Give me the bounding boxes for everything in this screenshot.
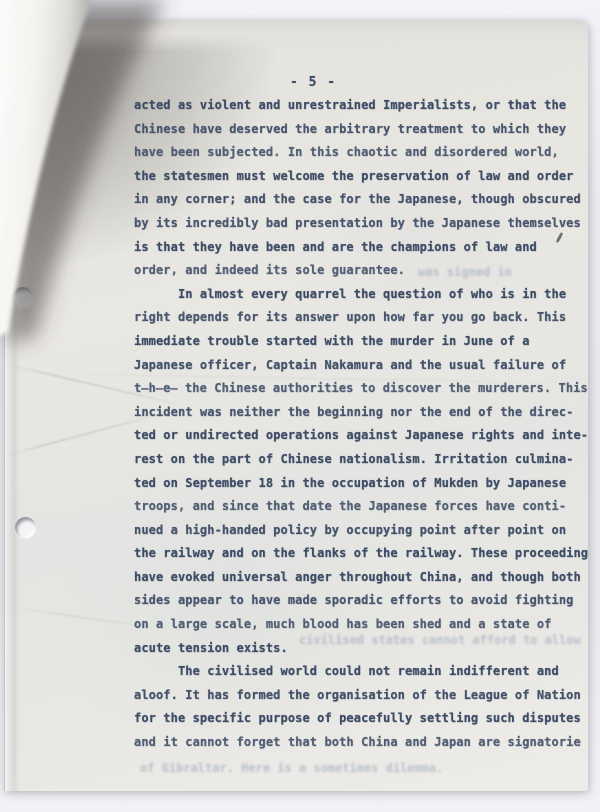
typed-line: is that they have been and are the champ…: [134, 236, 596, 260]
typed-line: in any corner; and the case for the Japa…: [134, 188, 596, 212]
typed-line: have evoked universal anger throughout C…: [134, 566, 596, 590]
typed-line: have been subjected. In this chaotic and…: [134, 141, 596, 165]
typed-line: by its incredibly bad presentation by th…: [134, 212, 596, 236]
typed-line: incident was neither the beginning nor t…: [134, 401, 596, 425]
punch-hole-top: [12, 287, 33, 308]
typed-text-block: acted as violent and unrestrained Imperi…: [134, 94, 596, 755]
typed-line: acted as violent and unrestrained Imperi…: [134, 94, 596, 118]
typed-line: The civilised world could not remain ind…: [134, 660, 596, 684]
typed-line: Japanese officer, Captain Nakamura and t…: [134, 354, 596, 378]
typed-line: t̶h̶e̶ the Chinese authorities to discov…: [134, 377, 596, 401]
paper-crease: [22, 608, 151, 628]
bleed-through-text: civilised states cannot afford to allow: [299, 629, 581, 653]
typed-line: ted on September 18 in the occupation of…: [134, 472, 596, 496]
typed-line: the statesmen must welcome the preservat…: [134, 165, 596, 189]
typed-line: right depends for its answer upon how fa…: [134, 306, 596, 330]
typed-line: ted or undirected operations against Jap…: [134, 424, 596, 448]
typed-line: for the specific purpose of peacefully s…: [134, 707, 596, 731]
paper-left-fold: [4, 20, 20, 791]
typed-line: Chinese have deserved the arbitrary trea…: [134, 118, 596, 142]
typed-line: nued a high-handed policy by occupying p…: [134, 519, 596, 543]
typed-line: sides appear to have made sporadic effor…: [134, 589, 596, 613]
typed-line: order, and indeed its sole guarantee.: [134, 259, 596, 283]
typed-line: and it cannot forget that both China and…: [134, 731, 596, 755]
photo-backdrop: - 5 - acted as violent and unrestrained …: [0, 0, 600, 812]
punch-hole-bottom: [15, 517, 36, 538]
page-number: - 5 -: [290, 71, 337, 95]
bleed-through-text: was signed in: [418, 261, 512, 285]
typed-line: immediate trouble started with the murde…: [134, 330, 596, 354]
typed-line: In almost every quarrel the question of …: [134, 283, 596, 307]
typed-line: rest on the part of Chinese nationalism.…: [134, 448, 596, 472]
bleed-through-text: of Gibraltar. Here is a sometimes dilemm…: [140, 757, 443, 781]
typed-line: troops, and since that date the Japanese…: [134, 495, 596, 519]
typed-line: aloof. It has formed the organisation of…: [134, 684, 596, 708]
typed-line: the railway and on the flanks of the rai…: [134, 542, 596, 566]
